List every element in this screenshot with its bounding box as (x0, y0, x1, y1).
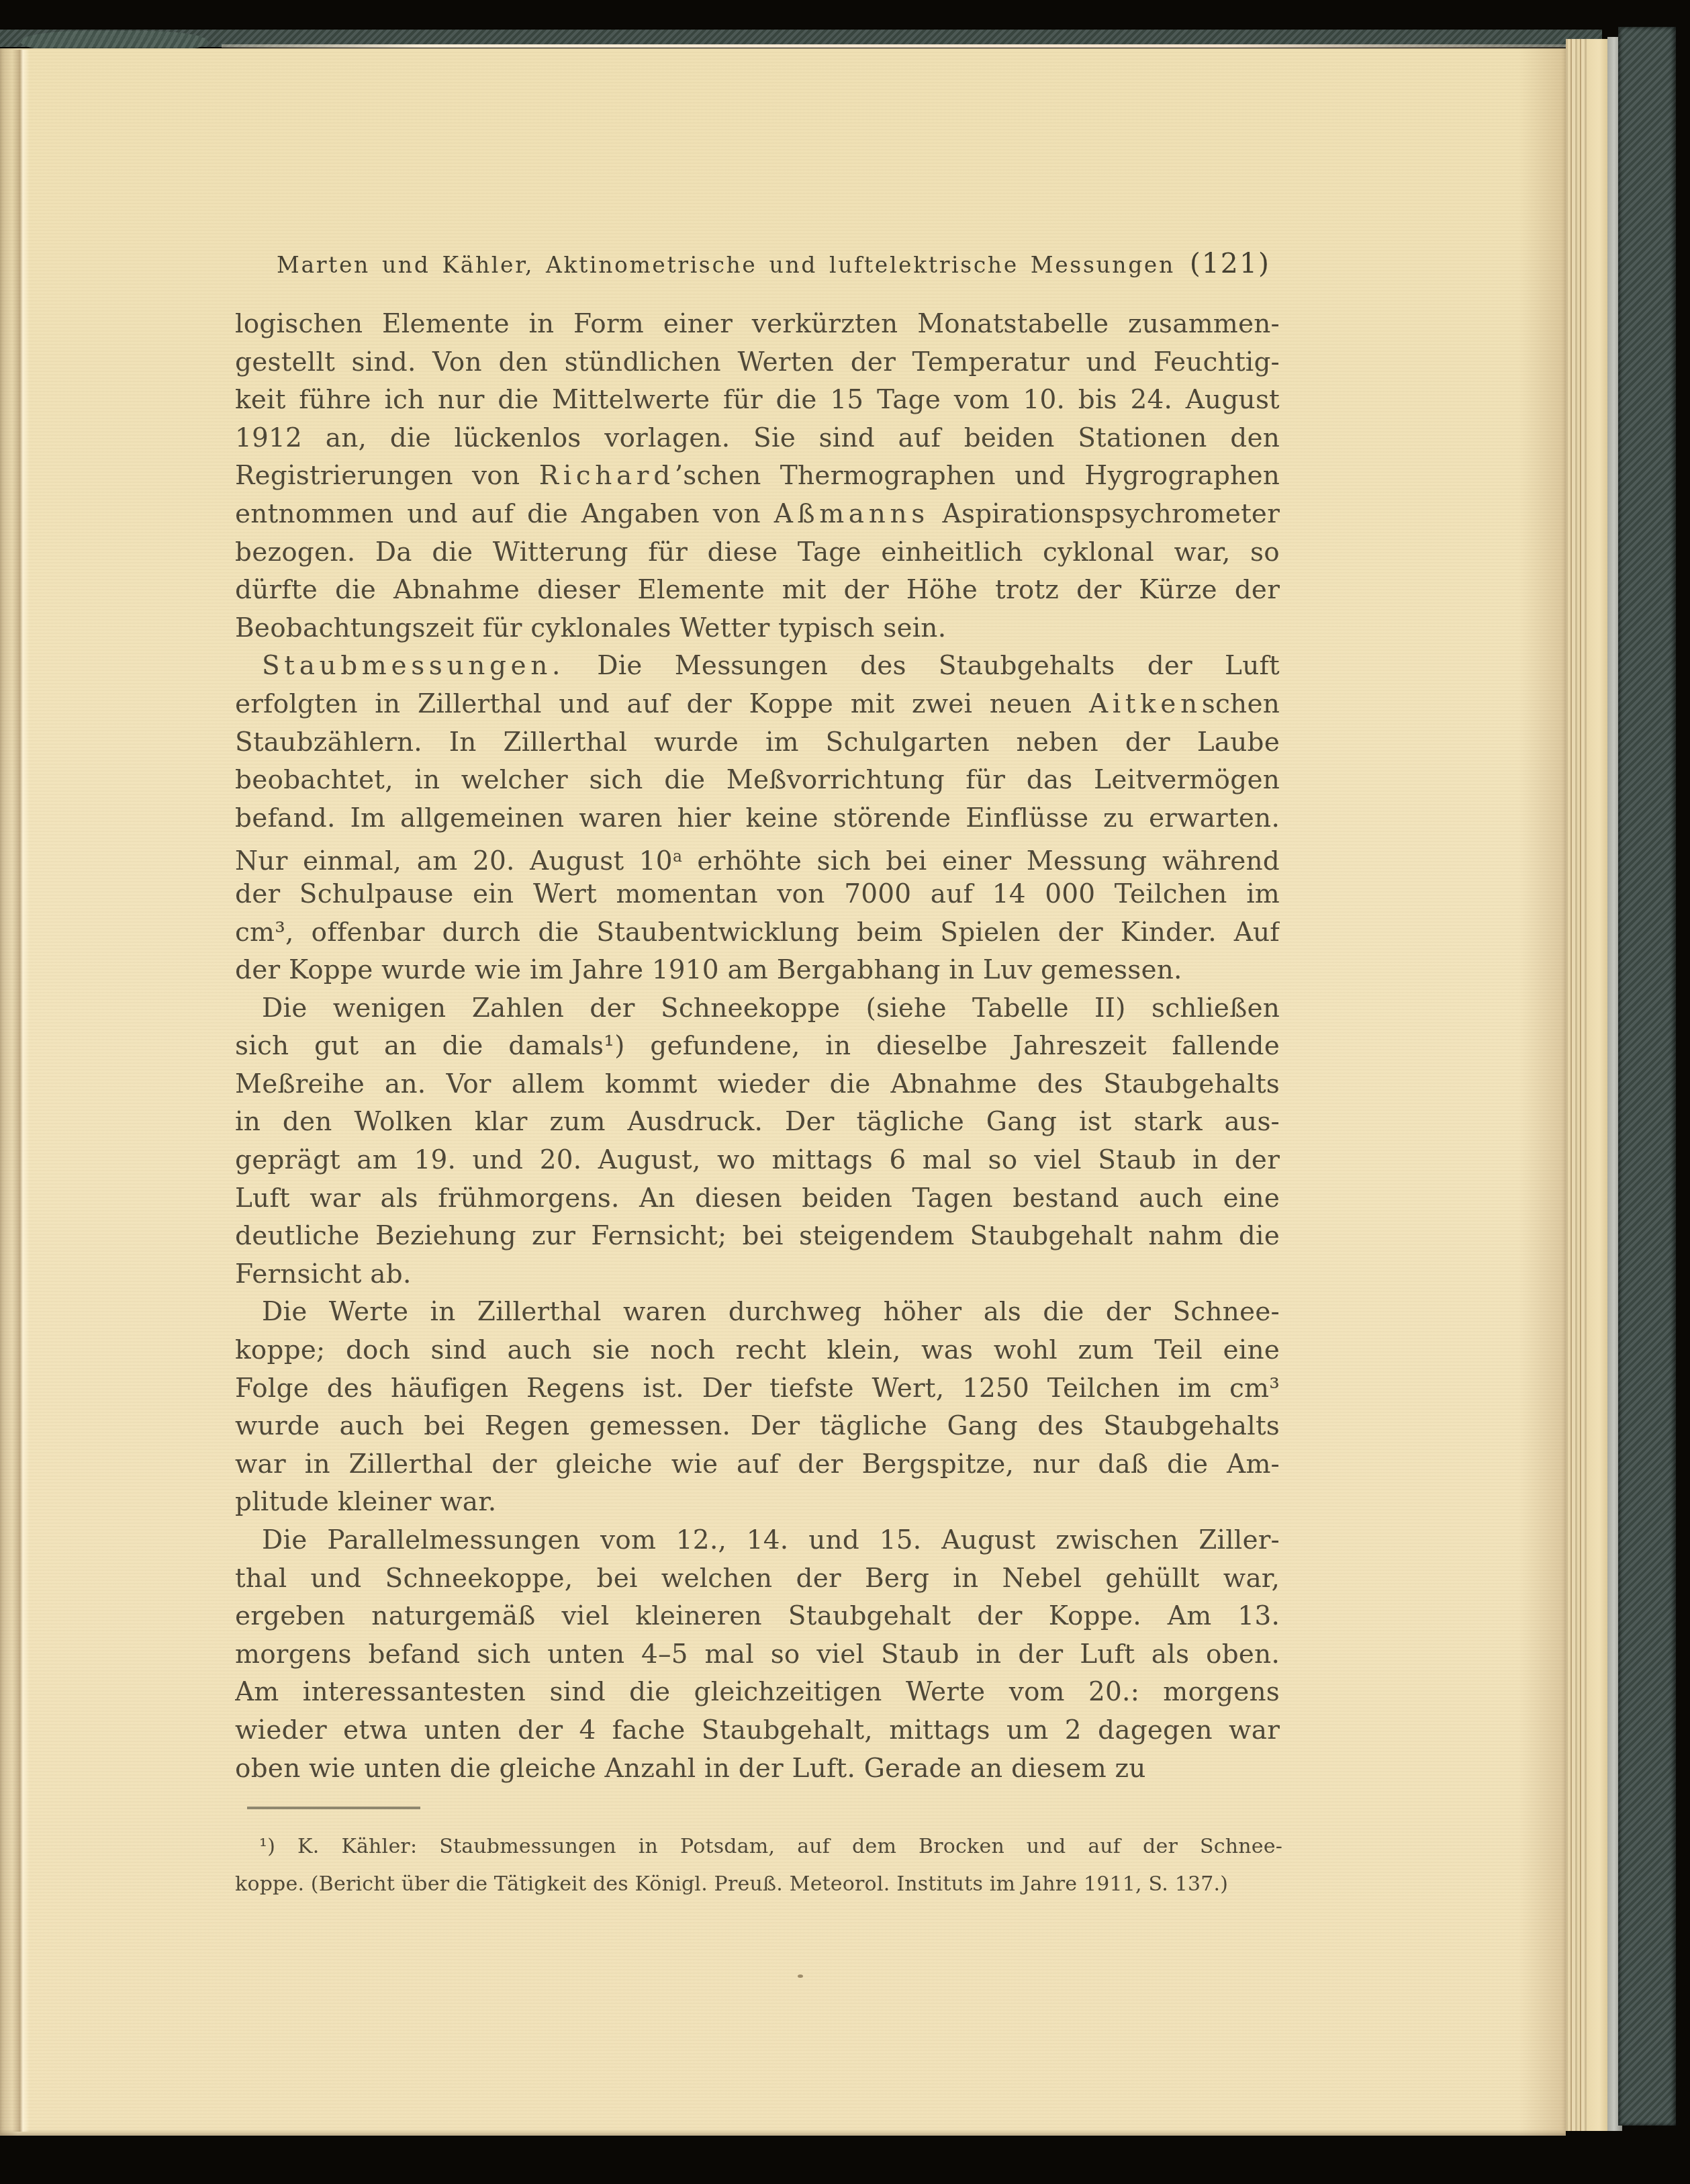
emphasized-text: Staubmessungen. (262, 651, 565, 681)
text-line: geprägt am 19. und 20. August, wo mittag… (235, 1142, 1280, 1180)
text-line: deutliche Beziehung zur Fernsicht; bei s… (235, 1218, 1280, 1256)
text-line: Beobachtungszeit für cyklonales Wetter t… (235, 610, 1280, 648)
paragraph: Die Werte in Zillerthal waren durchweg h… (235, 1293, 1280, 1522)
text-line: wieder etwa unten der 4 fache Staubgehal… (235, 1712, 1280, 1750)
text-line: in den Wolken klar zum Ausdruck. Der täg… (235, 1103, 1280, 1142)
text-line: ergeben naturgemäß viel kleineren Staubg… (235, 1598, 1280, 1636)
emphasized-text: Aitken (1089, 689, 1202, 719)
book-scan: Marten und Kähler, Aktinometrische und l… (0, 0, 1690, 2184)
text-line: Die Parallelmessungen vom 12., 14. und 1… (235, 1522, 1280, 1560)
text-line: Folge des häufigen Regens ist. Der tiefs… (235, 1370, 1280, 1408)
paragraph: logischen Elemente in Form einer verkürz… (235, 306, 1280, 647)
page-crease (12, 50, 30, 2132)
text-line: entnommen und auf die Angaben von Aßmann… (235, 496, 1280, 534)
text-line: gestellt sind. Von den stündlichen Werte… (235, 344, 1280, 382)
footnote-separator (247, 1807, 420, 1809)
text-line: Die wenigen Zahlen der Schneekoppe (sieh… (235, 990, 1280, 1028)
text-line: der Koppe wurde wie im Jahre 1910 am Ber… (235, 952, 1280, 990)
text-line: Luft war als frühmorgens. An diesen beid… (235, 1180, 1280, 1218)
body-text: logischen Elemente in Form einer verkürz… (235, 306, 1280, 1788)
text-line: Meßreihe an. Vor allem kommt wieder die … (235, 1066, 1280, 1104)
text-line: bezogen. Da die Witterung für diese Tage… (235, 534, 1280, 572)
emphasized-text: Richard (539, 461, 675, 491)
book-cover-edge-right (1618, 27, 1676, 2126)
footnote: ¹) K. Kähler: Staubmessungen in Potsdam,… (235, 1828, 1282, 1903)
text-line: Die Werte in Zillerthal waren durchweg h… (235, 1293, 1280, 1332)
text-line: Nur einmal, am 20. August 10a erhöhte si… (235, 837, 1280, 876)
emphasized-text: Aßmanns (774, 499, 929, 529)
text-line: war in Zillerthal der gleiche wie auf de… (235, 1446, 1280, 1484)
text-line: cm³, offenbar durch die Staubentwicklung… (235, 914, 1280, 952)
scan-speck (798, 1974, 803, 1978)
paragraph: Staubmessungen. Die Messungen des Staubg… (235, 647, 1280, 989)
text-line: Am interessantesten sind die gleichzeiti… (235, 1674, 1280, 1712)
running-header: Marten und Kähler, Aktinometrische und l… (235, 247, 1280, 279)
text-line: dürfte die Abnahme dieser Elemente mit d… (235, 572, 1280, 610)
text-line: Fernsicht ab. (235, 1256, 1280, 1294)
text-line: der Schulpause ein Wert momentan von 700… (235, 876, 1280, 914)
page-top-edge (222, 44, 1566, 48)
text-line: thal und Schneekoppe, bei welchen der Be… (235, 1560, 1280, 1598)
flyleaf-edge (1587, 39, 1607, 2131)
text-line: 1912 an, die lückenlos vorlagen. Sie sin… (235, 420, 1280, 458)
text-line: koppe; doch sind auch sie noch recht kle… (235, 1332, 1280, 1370)
text-line: sich gut an die damals¹) gefundene, in d… (235, 1028, 1280, 1066)
text-line: befand. Im allgemeinen waren hier keine … (235, 800, 1280, 838)
paragraph: Die wenigen Zahlen der Schneekoppe (sieh… (235, 990, 1280, 1294)
footnote-line-1: ¹) K. Kähler: Staubmessungen in Potsdam,… (235, 1828, 1282, 1866)
text-line: oben wie unten die gleiche Anzahl in der… (235, 1750, 1280, 1788)
text-line: Staubmessungen. Die Messungen des Staubg… (235, 647, 1280, 686)
text-line: erfolgten in Zillerthal und auf der Kopp… (235, 686, 1280, 724)
text-line: Registrierungen von Richard’schen Thermo… (235, 457, 1280, 496)
text-line: beobachtet, in welcher sich die Meßvorri… (235, 762, 1280, 800)
paragraph: Die Parallelmessungen vom 12., 14. und 1… (235, 1522, 1280, 1788)
text-line: plitude kleiner war. (235, 1484, 1280, 1522)
superscript-text: a (673, 847, 682, 866)
page-number: (121) (1190, 247, 1270, 279)
text-line: Staubzählern. In Zillerthal wurde im Sch… (235, 724, 1280, 762)
footnote-line-2: koppe. (Bericht über die Tätigkeit des K… (235, 1866, 1282, 1903)
running-header-title: Marten und Kähler, Aktinometrische und l… (277, 252, 1175, 278)
text-line: wurde auch bei Regen gemessen. Der tägli… (235, 1408, 1280, 1446)
text-line: keit führe ich nur die Mittelwerte für d… (235, 381, 1280, 420)
text-line: logischen Elemente in Form einer verkürz… (235, 306, 1280, 344)
text-line: morgens befand sich unten 4–5 mal so vie… (235, 1636, 1280, 1674)
